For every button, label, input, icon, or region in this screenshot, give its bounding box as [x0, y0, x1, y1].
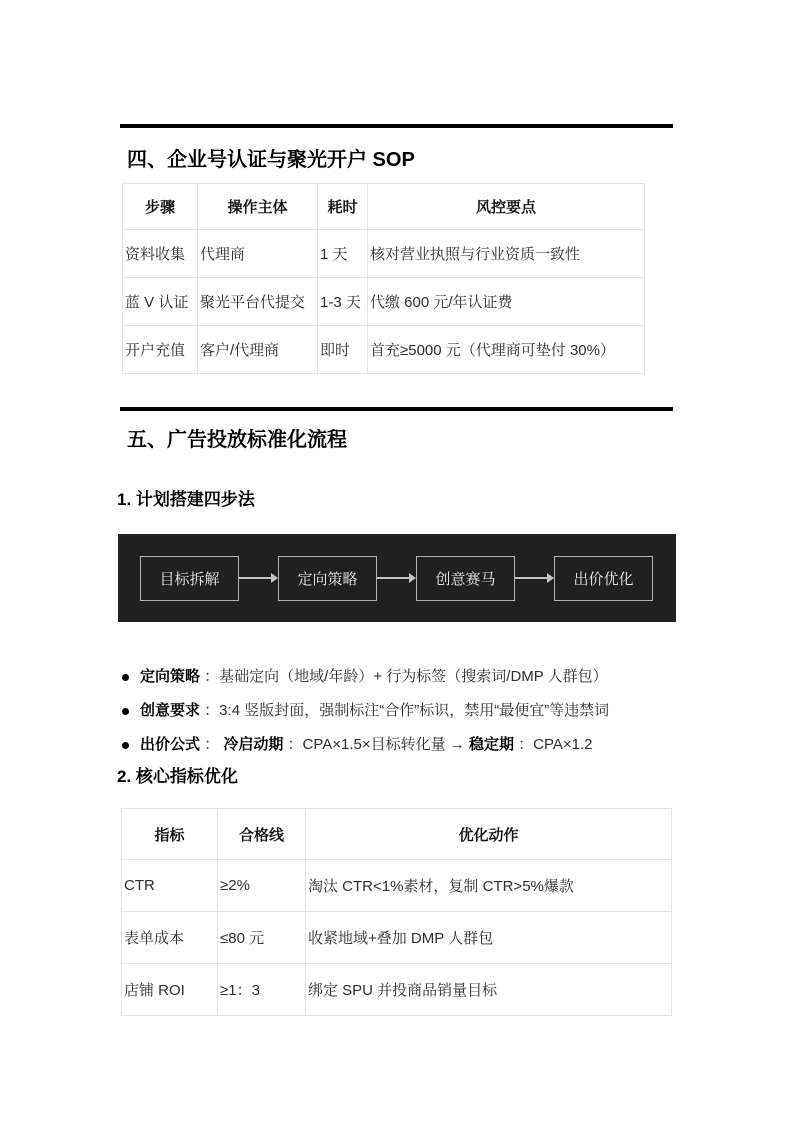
table-cell: CTR: [122, 860, 218, 912]
table-cell: 1 天: [318, 230, 368, 278]
table-header-cell: 步骤: [123, 184, 198, 230]
table-cell: 客户/代理商: [198, 326, 318, 374]
bullet-segment: ：3:4 竖版封面，强制标注“合作”标识，禁用“最便宜”等违禁词: [200, 702, 609, 719]
flow-step-targeting-strategy: 定向策略: [278, 556, 377, 601]
table-cell: 资料收集: [123, 230, 198, 278]
bullet-segment: ：: [200, 736, 223, 753]
flow-step-creative-race: 创意赛马: [416, 556, 515, 601]
bullet-list: 定向策略 ：基础定向（地域/年龄）+ 行为标签（搜索词/DMP 人群包） 创意要…: [120, 660, 675, 762]
bullet-segment: 冷启动期: [223, 736, 283, 753]
table-header-cell: 优化动作: [306, 809, 672, 860]
bullet-text: 创意要求 ：3:4 竖版封面，强制标注“合作”标识，禁用“最便宜”等违禁词: [140, 702, 609, 719]
table-cell: ≥1：3: [218, 964, 306, 1016]
table-header-cell: 风控要点: [368, 184, 645, 230]
table-row: 蓝 V 认证 聚光平台代提交 1-3 天 代缴 600 元/年认证费: [123, 278, 645, 326]
table-header-cell: 操作主体: [198, 184, 318, 230]
flow-step-goal-breakdown: 目标拆解: [140, 556, 239, 601]
bullet-dot-icon: [122, 674, 129, 681]
table-cell: 代缴 600 元/年认证费: [368, 278, 645, 326]
arrow-right-icon: [515, 577, 547, 579]
bullet-item: 定向策略 ：基础定向（地域/年龄）+ 行为标签（搜索词/DMP 人群包）: [120, 660, 675, 694]
section-divider-middle: [120, 407, 673, 411]
subsection-2-title: 2. 核心指标优化: [117, 766, 238, 788]
bullet-segment: ：CPA×1.2: [514, 736, 593, 753]
table-cell: 首充≥5000 元（代理商可垫付 30%）: [368, 326, 645, 374]
flow-step-bid-optimization: 出价优化: [554, 556, 653, 601]
table-cell: 代理商: [198, 230, 318, 278]
table-cell: 淘汰 CTR<1%素材，复制 CTR>5%爆款: [306, 860, 672, 912]
table-row: 资料收集 代理商 1 天 核对营业执照与行业资质一致性: [123, 230, 645, 278]
table-cell: 蓝 V 认证: [123, 278, 198, 326]
sop-table: 步骤 操作主体 耗时 风控要点 资料收集 代理商 1 天 核对营业执照与行业资质…: [122, 183, 645, 374]
section-5-title: 五、广告投放标准化流程: [127, 427, 347, 453]
table-cell: 绑定 SPU 并投商品销量目标: [306, 964, 672, 1016]
bullet-segment: 创意要求: [140, 702, 200, 719]
table-header-cell: 耗时: [318, 184, 368, 230]
table-header-row: 指标 合格线 优化动作: [122, 809, 672, 860]
bullet-text: 出价公式 ： 冷启动期 ：CPA×1.5×目标转化量 → 稳定期 ：CPA×1.…: [140, 736, 593, 753]
table-header-cell: 指标: [122, 809, 218, 860]
table-row: 店铺 ROI ≥1：3 绑定 SPU 并投商品销量目标: [122, 964, 672, 1016]
bullet-dot-icon: [122, 708, 129, 715]
table-row: 开户充值 客户/代理商 即时 首充≥5000 元（代理商可垫付 30%）: [123, 326, 645, 374]
table-cell: ≤80 元: [218, 912, 306, 964]
table-header-cell: 合格线: [218, 809, 306, 860]
table-cell: 核对营业执照与行业资质一致性: [368, 230, 645, 278]
bullet-segment: 出价公式: [140, 736, 200, 753]
table-cell: 收紧地域+叠加 DMP 人群包: [306, 912, 672, 964]
table-row: CTR ≥2% 淘汰 CTR<1%素材，复制 CTR>5%爆款: [122, 860, 672, 912]
bullet-item: 出价公式 ： 冷启动期 ：CPA×1.5×目标转化量 → 稳定期 ：CPA×1.…: [120, 728, 675, 762]
table-cell: 聚光平台代提交: [198, 278, 318, 326]
table-cell: ≥2%: [218, 860, 306, 912]
bullet-segment: ：基础定向（地域/年龄）+ 行为标签（搜索词/DMP 人群包）: [200, 668, 608, 685]
table-header-row: 步骤 操作主体 耗时 风控要点: [123, 184, 645, 230]
section-divider-top: [120, 124, 673, 128]
table-cell: 表单成本: [122, 912, 218, 964]
subsection-1-title: 1. 计划搭建四步法: [117, 489, 255, 511]
bullet-item: 创意要求 ：3:4 竖版封面，强制标注“合作”标识，禁用“最便宜”等违禁词: [120, 694, 675, 728]
bullet-segment: 稳定期: [469, 736, 514, 753]
bullet-segment: ：CPA×1.5×目标转化量 →: [283, 736, 469, 753]
arrow-right-icon: [239, 577, 271, 579]
table-cell: 即时: [318, 326, 368, 374]
metrics-table: 指标 合格线 优化动作 CTR ≥2% 淘汰 CTR<1%素材，复制 CTR>5…: [121, 808, 672, 1016]
table-cell: 店铺 ROI: [122, 964, 218, 1016]
section-4-title: 四、企业号认证与聚光开户 SOP: [127, 147, 415, 173]
table-cell: 开户充值: [123, 326, 198, 374]
document-page: 四、企业号认证与聚光开户 SOP 步骤 操作主体 耗时 风控要点 资料收集 代理…: [0, 0, 793, 1122]
table-cell: 1-3 天: [318, 278, 368, 326]
bullet-segment: 定向策略: [140, 668, 200, 685]
flowchart: 目标拆解 定向策略 创意赛马 出价优化: [118, 534, 676, 622]
bullet-dot-icon: [122, 742, 129, 749]
bullet-text: 定向策略 ：基础定向（地域/年龄）+ 行为标签（搜索词/DMP 人群包）: [140, 668, 608, 685]
arrow-right-icon: [377, 577, 409, 579]
table-row: 表单成本 ≤80 元 收紧地域+叠加 DMP 人群包: [122, 912, 672, 964]
